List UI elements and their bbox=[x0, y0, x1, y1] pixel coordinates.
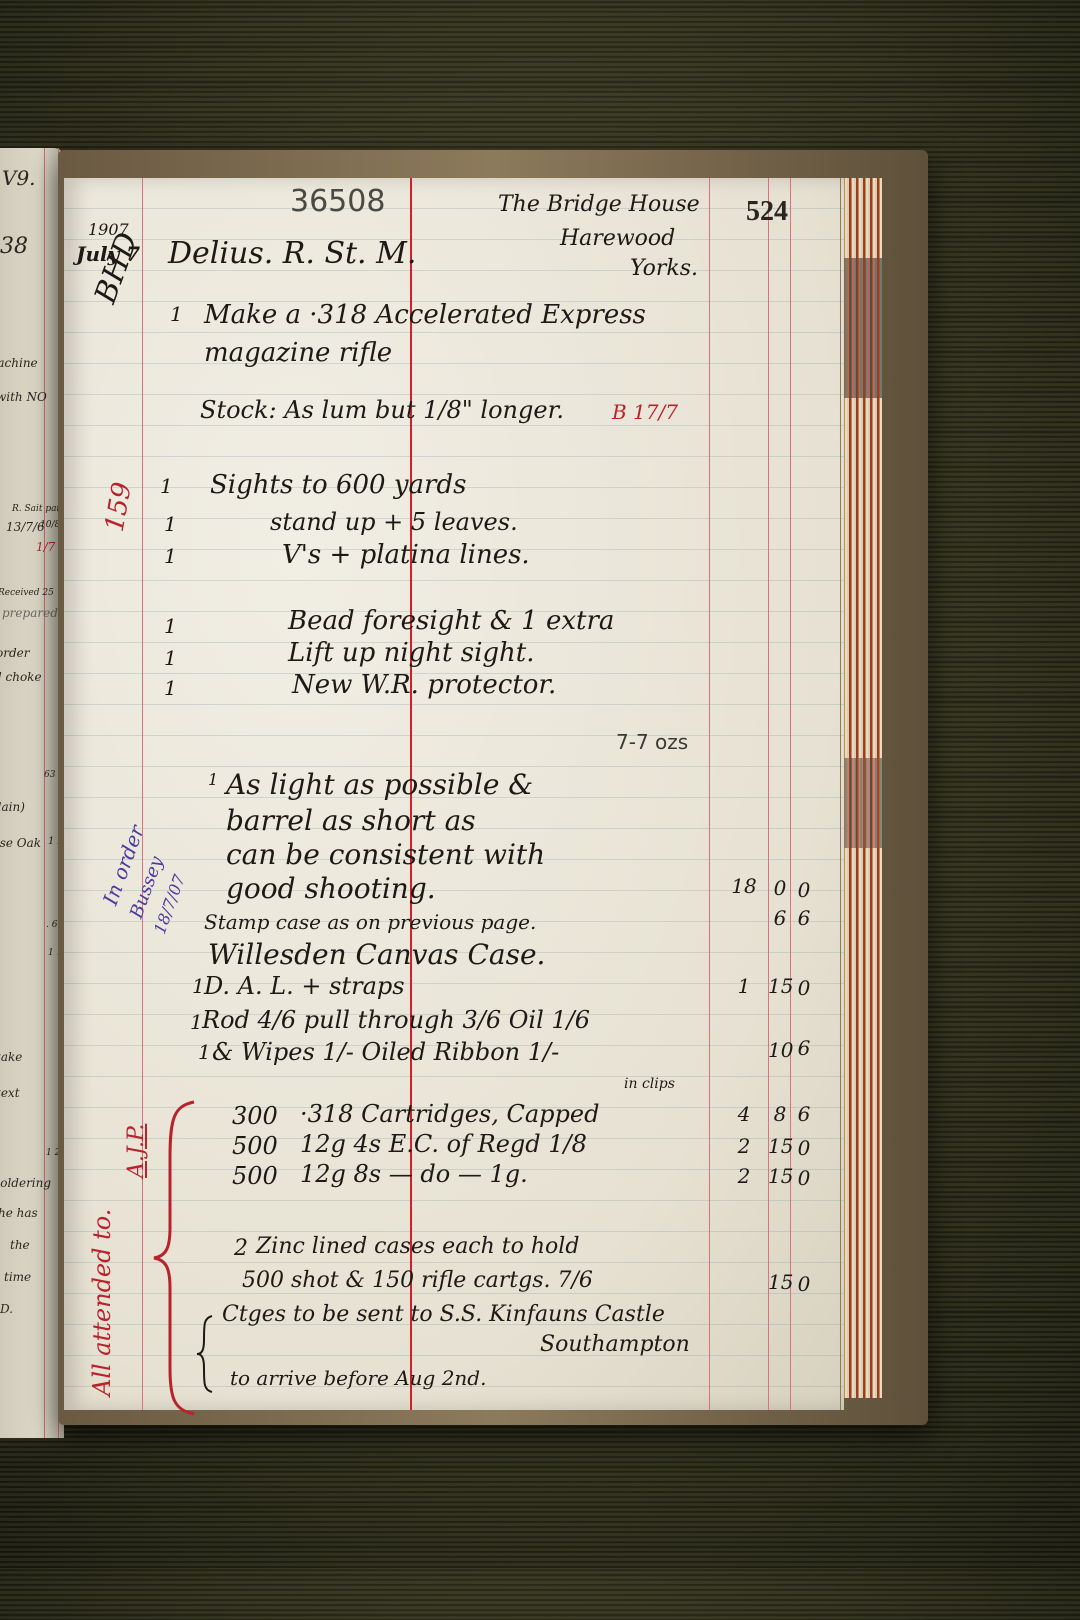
entry-line: 500 shot & 150 rifle cartgs. 7/6 bbox=[242, 1268, 593, 1293]
attended-note: All attended to. bbox=[88, 1209, 116, 1396]
entry-note: in clips bbox=[624, 1076, 675, 1092]
amount-shillings: 15 bbox=[768, 1164, 792, 1188]
amount-pounds: 2 bbox=[724, 1134, 764, 1158]
amount-pence: 0 bbox=[792, 1136, 816, 1160]
black-brace-icon bbox=[194, 1314, 218, 1394]
entry-line: Bead foresight & 1 extra bbox=[288, 606, 614, 636]
left-fragment: the bbox=[10, 1238, 30, 1252]
entry-line: 12g 4s E.C. of Regd 1/8 bbox=[300, 1130, 587, 1158]
entry-line: can be consistent with bbox=[226, 838, 545, 871]
entry-line: 12g 8s — do — 1g. bbox=[300, 1160, 528, 1188]
entry-line: & Wipes 1/- Oiled Ribbon 1/- bbox=[212, 1038, 559, 1066]
qty: 500 bbox=[232, 1132, 278, 1160]
left-fragment: Received 25 bbox=[0, 588, 54, 598]
entry-line: V's + platina lines. bbox=[282, 540, 530, 570]
qty: 1 bbox=[190, 1010, 203, 1034]
left-fragment: d choke bbox=[0, 670, 42, 684]
red-check-note: B 17/7 bbox=[612, 400, 678, 424]
previous-page-edge: V9. 38 machine with NO R. Sait paid 13/7… bbox=[0, 148, 64, 1438]
delivery-deadline: to arrive before Aug 2nd. bbox=[230, 1366, 486, 1390]
shillings-column-rule bbox=[768, 178, 769, 1410]
amount-pounds: 1 bbox=[724, 974, 764, 998]
left-fragment: prepared bbox=[2, 606, 58, 620]
left-fragment: he has bbox=[0, 1206, 38, 1220]
qty: 1 bbox=[192, 974, 205, 998]
qty: 1 bbox=[164, 512, 177, 536]
left-fragment: order bbox=[0, 646, 29, 660]
left-fragment: use Oak bbox=[0, 836, 41, 850]
amount-pence: 6 bbox=[792, 1036, 816, 1060]
address-line-3: Yorks. bbox=[630, 256, 698, 281]
entry-line: Zinc lined cases each to hold bbox=[256, 1234, 579, 1259]
amount-shillings: 8 bbox=[770, 1102, 790, 1126]
entry-line: Willesden Canvas Case. bbox=[208, 938, 545, 971]
qty: 500 bbox=[232, 1162, 278, 1190]
entry-line: New W.R. protector. bbox=[292, 670, 556, 700]
qty: 2 bbox=[234, 1236, 248, 1261]
address-line-2: Harewood bbox=[560, 226, 675, 251]
qty: 1 bbox=[198, 1040, 211, 1064]
amount-pounds: 18 bbox=[724, 874, 764, 898]
pence-column-rule bbox=[790, 178, 791, 1410]
left-fragment: 38 bbox=[0, 234, 28, 259]
qty: 1 bbox=[164, 646, 177, 670]
qty: 300 bbox=[232, 1102, 278, 1130]
page-edge-stack bbox=[840, 178, 882, 1398]
entry-line: ·318 Cartridges, Capped bbox=[300, 1100, 599, 1128]
entry-line: Stock: As lum but 1/8" longer. bbox=[200, 396, 564, 424]
red-margin-rule bbox=[142, 178, 143, 1410]
margin-initials: BHD bbox=[88, 228, 146, 308]
left-fragment: plain) bbox=[0, 800, 25, 814]
amount-pence: 0 bbox=[792, 1272, 816, 1296]
amount-shillings: 10 bbox=[768, 1038, 792, 1062]
left-fragment: machine bbox=[0, 356, 38, 370]
weight-note: 7-7 ozs bbox=[616, 730, 688, 754]
amount-pence: 0 bbox=[792, 878, 816, 902]
entry-line: magazine rifle bbox=[204, 338, 392, 368]
qty: 1 bbox=[164, 544, 177, 568]
amount-pence: 0 bbox=[792, 1166, 816, 1190]
shipping-instruction: Ctges to be sent to S.S. Kinfauns Castle bbox=[222, 1302, 665, 1327]
pounds-column-rule bbox=[709, 178, 710, 1410]
amount-pounds: 2 bbox=[724, 1164, 764, 1188]
shipping-destination: Southampton bbox=[540, 1332, 690, 1357]
left-fragment: Soldering bbox=[0, 1176, 51, 1190]
amount-pounds: 4 bbox=[724, 1102, 764, 1126]
amount-pence: 6 bbox=[792, 1102, 816, 1126]
entry-line: good shooting. bbox=[226, 872, 436, 905]
amount-shillings: 6 bbox=[770, 906, 790, 930]
entry-line: As light as possible & bbox=[226, 768, 533, 801]
address-line-1: The Bridge House bbox=[498, 192, 700, 217]
amount-pence: 6 bbox=[792, 906, 816, 930]
qty: 1 bbox=[164, 676, 177, 700]
amount-pence: 0 bbox=[792, 976, 816, 1000]
left-fragment: time bbox=[4, 1270, 31, 1284]
left-fragment: D. bbox=[0, 1302, 13, 1316]
page-number: 524 bbox=[746, 196, 788, 228]
ledger-page: 36508 524 The Bridge House Harewood York… bbox=[64, 178, 844, 1410]
left-fragment: take bbox=[0, 1050, 22, 1064]
left-fragment: V9. bbox=[2, 166, 36, 190]
qty: 1 bbox=[160, 474, 173, 498]
ledger-photograph: V9. 38 machine with NO R. Sait paid 13/7… bbox=[0, 0, 1045, 1568]
entry-line: Lift up night sight. bbox=[288, 638, 535, 668]
margin-number: 159 bbox=[100, 480, 138, 534]
qty: 1 bbox=[208, 770, 218, 789]
left-fragment: text bbox=[0, 1086, 20, 1100]
entry-line: Rod 4/6 pull through 3/6 Oil 1/6 bbox=[202, 1006, 590, 1034]
left-fragment: 13/7/6 bbox=[6, 520, 45, 534]
order-number: 36508 bbox=[290, 184, 385, 219]
amount-shillings: 15 bbox=[768, 1270, 792, 1294]
entry-line: Sights to 600 yards bbox=[210, 470, 466, 500]
amount-shillings: 15 bbox=[768, 974, 792, 998]
entry-line: Make a ·318 Accelerated Express bbox=[204, 300, 646, 330]
customer-name: Delius. R. St. M. bbox=[168, 236, 416, 271]
entry-line: D. A. L. + straps bbox=[204, 972, 405, 1000]
qty: 1 bbox=[170, 302, 183, 326]
left-fragment: 1/7 bbox=[36, 540, 55, 554]
entry-line: Stamp case as on previous page. bbox=[204, 910, 536, 934]
amount-shillings: 15 bbox=[768, 1134, 792, 1158]
amount-shillings: 0 bbox=[770, 876, 790, 900]
page-edge-rule bbox=[840, 178, 841, 1410]
entry-line: barrel as short as bbox=[226, 804, 476, 837]
entry-line: stand up + 5 leaves. bbox=[270, 508, 518, 536]
qty: 1 bbox=[164, 614, 177, 638]
left-fragment: with NO bbox=[0, 390, 47, 404]
red-margin-rule bbox=[44, 148, 45, 1438]
